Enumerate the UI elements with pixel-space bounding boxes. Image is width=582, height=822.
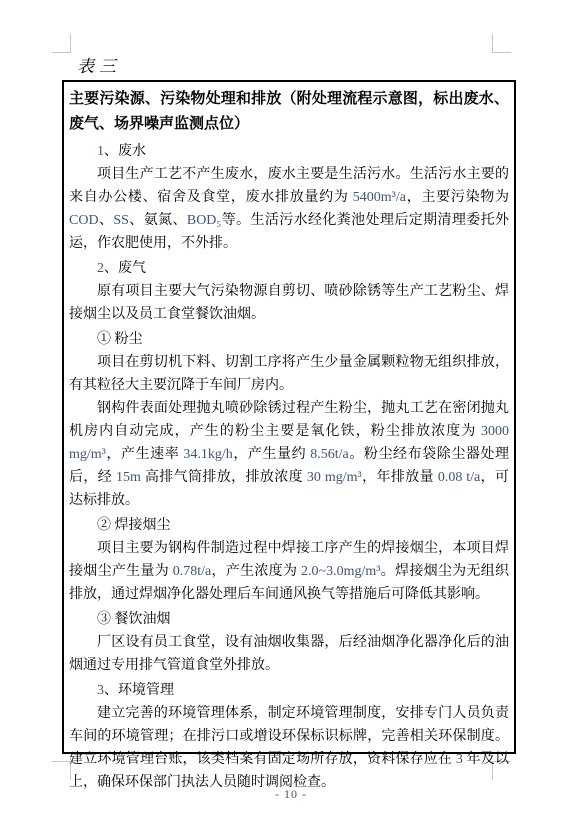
section-heading: ② 焊接烟尘 xyxy=(69,514,509,537)
latin-text-run: BOD₅ xyxy=(187,213,221,228)
section-heading: 2、废气 xyxy=(69,257,509,280)
page-number: - 10 - xyxy=(0,787,582,802)
document-page: 表三 主要污染源、污染物处理和排放（附处理流程示意图，标出废水、废气、场界噪声监… xyxy=(0,0,582,822)
latin-text-run: 2.0~3.0mg/m³ xyxy=(301,564,380,579)
latin-text-run: 10 xyxy=(284,787,298,801)
latin-text-run: mg/m³ xyxy=(325,470,362,485)
latin-text-run: 34.1kg/h xyxy=(183,447,232,462)
latin-text-run: 2 xyxy=(97,261,104,276)
latin-text-run: 30 xyxy=(307,470,321,485)
section-paragraph: 建立完善的环境管理体系，制定环境管理制度，安排专门人员负责车间的环境管理；在排污… xyxy=(69,702,509,794)
margin-crop-mark-top-right xyxy=(492,34,511,53)
section-heading: 1、废水 xyxy=(69,140,509,163)
section-heading: ③ 餐饮油烟 xyxy=(69,608,509,631)
latin-text-run: 0.78t/a xyxy=(173,564,212,579)
section-paragraph: 项目主要为钢构件制造过程中焊接工序产生的焊接烟尘，本项目焊接烟尘产生量为 0.7… xyxy=(69,537,509,606)
latin-text-run: 3 xyxy=(97,683,104,698)
latin-text-run: 0.08 xyxy=(438,470,463,485)
latin-text-run: - xyxy=(275,787,280,801)
latin-text-run: 5400m³/a xyxy=(353,190,406,205)
latin-text-run: COD xyxy=(69,213,99,228)
section-paragraph: 项目生产工艺不产生废水，废水主要是生活污水。生活污水主要的来自办公楼、宿舍及食堂… xyxy=(69,163,509,255)
latin-text-run: 15m xyxy=(116,470,141,485)
latin-text-run: - xyxy=(302,787,307,801)
section-heading: 3、环境管理 xyxy=(69,679,509,702)
table-body: 1、废水项目生产工艺不产生废水，废水主要是生活污水。生活污水主要的来自办公楼、宿… xyxy=(69,140,509,794)
section-heading: ① 粉尘 xyxy=(69,328,509,351)
margin-crop-mark-top-left xyxy=(52,34,71,53)
latin-text-run: mg/m³ xyxy=(69,447,106,462)
section-paragraph: 钢构件表面处理抛丸喷砂除锈过程产生粉尘，抛丸工艺在密闭抛丸机房内自动完成，产生的… xyxy=(69,397,509,512)
section-paragraph: 厂区设有员工食堂，设有油烟收集器，后经油烟净化器净化后的油烟通过专用排气管道食堂… xyxy=(69,631,509,677)
latin-text-run: 3 xyxy=(456,752,463,767)
latin-text-run: 1 xyxy=(97,144,104,159)
latin-text-run: t/a xyxy=(466,470,480,485)
section-paragraph: 原有项目主要大气污染物源自剪切、喷砂除锈等生产工艺粉尘、焊接烟尘以及员工食堂餐饮… xyxy=(69,280,509,326)
table-label: 表三 xyxy=(77,52,121,77)
latin-text-run: SS xyxy=(113,213,129,228)
latin-text-run: 3000 xyxy=(481,424,509,439)
table-header: 主要污染源、污染物处理和排放（附处理流程示意图，标出废水、废气、场界噪声监测点位… xyxy=(69,86,509,136)
latin-text-run: 8.56t/a xyxy=(310,447,349,462)
section-paragraph: 项目在剪切机下料、切割工序将产生少量金属颗粒物无组织排放，有其粒径大主要沉降于车… xyxy=(69,351,509,397)
pollution-source-table: 主要污染源、污染物处理和排放（附处理流程示意图，标出废水、废气、场界噪声监测点位… xyxy=(62,80,516,754)
